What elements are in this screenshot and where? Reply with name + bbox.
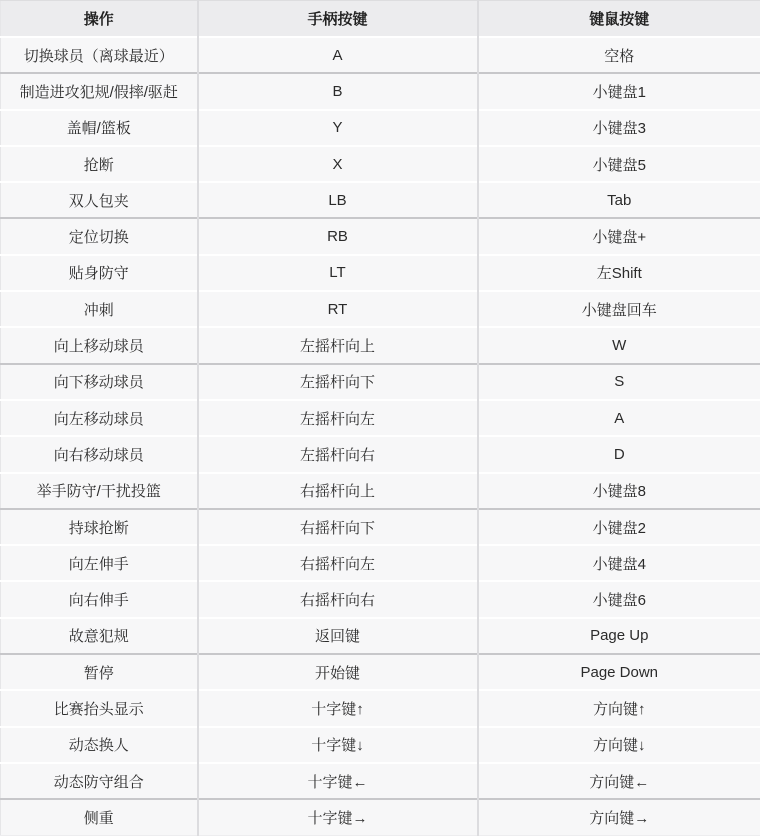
keyboard-cell: 小键盘+ xyxy=(478,218,760,254)
controls-table-body: 切换球员（离球最近）A空格制造进攻犯规/假摔/驱赶B小键盘1盖帽/篮板Y小键盘3… xyxy=(1,37,760,835)
keyboard-cell: 小键盘回车 xyxy=(478,291,760,327)
keyboard-cell: 空格 xyxy=(478,37,760,73)
table-row: 动态换人十字键↓方向键↓ xyxy=(1,727,760,763)
gamepad-cell: 返回键 xyxy=(198,618,478,654)
table-row: 向左移动球员左摇杆向左A xyxy=(1,400,760,436)
gamepad-cell: RT xyxy=(198,291,478,327)
table-row: 向右移动球员左摇杆向右D xyxy=(1,436,760,472)
keyboard-cell: Page Up xyxy=(478,618,760,654)
action-cell: 抢断 xyxy=(1,146,198,182)
gamepad-cell: 左摇杆向上 xyxy=(198,327,478,363)
gamepad-cell: 十字键← xyxy=(198,763,478,799)
action-cell: 动态换人 xyxy=(1,727,198,763)
controls-table-header: 操作 手柄按键 键鼠按键 xyxy=(1,1,760,38)
table-row: 向右伸手右摇杆向右小键盘6 xyxy=(1,581,760,617)
action-cell: 向右伸手 xyxy=(1,581,198,617)
keyboard-cell: 小键盘2 xyxy=(478,509,760,545)
keyboard-cell: W xyxy=(478,327,760,363)
action-cell: 暂停 xyxy=(1,654,198,690)
action-cell: 动态防守组合 xyxy=(1,763,198,799)
action-cell: 向右移动球员 xyxy=(1,436,198,472)
keyboard-cell: 小键盘4 xyxy=(478,545,760,581)
table-row: 切换球员（离球最近）A空格 xyxy=(1,37,760,73)
action-cell: 制造进攻犯规/假摔/驱赶 xyxy=(1,73,198,109)
table-row: 持球抢断右摇杆向下小键盘2 xyxy=(1,509,760,545)
action-cell: 向下移动球员 xyxy=(1,364,198,400)
gamepad-cell: 十字键→ xyxy=(198,799,478,835)
gamepad-cell: 右摇杆向下 xyxy=(198,509,478,545)
controls-guide-page: 操作 手柄按键 键鼠按键 切换球员（离球最近）A空格制造进攻犯规/假摔/驱赶B小… xyxy=(0,0,760,836)
gamepad-cell: X xyxy=(198,146,478,182)
gamepad-cell: LB xyxy=(198,182,478,218)
gamepad-cell: 开始键 xyxy=(198,654,478,690)
table-row: 动态防守组合十字键←方向键← xyxy=(1,763,760,799)
column-header-keyboard: 键鼠按键 xyxy=(478,1,760,38)
table-row: 向上移动球员左摇杆向上W xyxy=(1,327,760,363)
keyboard-cell: 小键盘1 xyxy=(478,73,760,109)
keyboard-cell: Page Down xyxy=(478,654,760,690)
gamepad-cell: 右摇杆向右 xyxy=(198,581,478,617)
action-cell: 向左移动球员 xyxy=(1,400,198,436)
table-row: 制造进攻犯规/假摔/驱赶B小键盘1 xyxy=(1,73,760,109)
gamepad-cell: 左摇杆向右 xyxy=(198,436,478,472)
keyboard-cell: 小键盘6 xyxy=(478,581,760,617)
action-cell: 故意犯规 xyxy=(1,618,198,654)
table-row: 贴身防守LT左Shift xyxy=(1,255,760,291)
gamepad-cell: 右摇杆向上 xyxy=(198,473,478,509)
keyboard-cell: D xyxy=(478,436,760,472)
keyboard-cell: 小键盘5 xyxy=(478,146,760,182)
keyboard-cell: 方向键↑ xyxy=(478,690,760,726)
table-row: 故意犯规返回键Page Up xyxy=(1,618,760,654)
action-cell: 侧重 xyxy=(1,799,198,835)
table-row: 抢断X小键盘5 xyxy=(1,146,760,182)
keyboard-cell: Tab xyxy=(478,182,760,218)
gamepad-cell: 右摇杆向左 xyxy=(198,545,478,581)
controls-table: 操作 手柄按键 键鼠按键 切换球员（离球最近）A空格制造进攻犯规/假摔/驱赶B小… xyxy=(0,0,760,836)
table-row: 定位切换RB小键盘+ xyxy=(1,218,760,254)
header-row: 操作 手柄按键 键鼠按键 xyxy=(1,1,760,38)
table-row: 侧重十字键→方向键→ xyxy=(1,799,760,835)
gamepad-cell: LT xyxy=(198,255,478,291)
table-row: 向左伸手右摇杆向左小键盘4 xyxy=(1,545,760,581)
keyboard-cell: 方向键↓ xyxy=(478,727,760,763)
action-cell: 向左伸手 xyxy=(1,545,198,581)
action-cell: 贴身防守 xyxy=(1,255,198,291)
gamepad-cell: 十字键↓ xyxy=(198,727,478,763)
table-row: 盖帽/篮板Y小键盘3 xyxy=(1,110,760,146)
keyboard-cell: 方向键→ xyxy=(478,799,760,835)
keyboard-cell: 左Shift xyxy=(478,255,760,291)
keyboard-cell: 小键盘3 xyxy=(478,110,760,146)
gamepad-cell: 十字键↑ xyxy=(198,690,478,726)
action-cell: 定位切换 xyxy=(1,218,198,254)
action-cell: 向上移动球员 xyxy=(1,327,198,363)
action-cell: 比赛抬头显示 xyxy=(1,690,198,726)
action-cell: 冲刺 xyxy=(1,291,198,327)
action-cell: 盖帽/篮板 xyxy=(1,110,198,146)
column-header-gamepad: 手柄按键 xyxy=(198,1,478,38)
action-cell: 持球抢断 xyxy=(1,509,198,545)
action-cell: 双人包夹 xyxy=(1,182,198,218)
gamepad-cell: A xyxy=(198,37,478,73)
table-row: 暂停开始键Page Down xyxy=(1,654,760,690)
keyboard-cell: A xyxy=(478,400,760,436)
gamepad-cell: Y xyxy=(198,110,478,146)
gamepad-cell: RB xyxy=(198,218,478,254)
keyboard-cell: S xyxy=(478,364,760,400)
table-row: 向下移动球员左摇杆向下S xyxy=(1,364,760,400)
table-row: 举手防守/干扰投篮右摇杆向上小键盘8 xyxy=(1,473,760,509)
keyboard-cell: 小键盘8 xyxy=(478,473,760,509)
keyboard-cell: 方向键← xyxy=(478,763,760,799)
table-row: 冲刺RT小键盘回车 xyxy=(1,291,760,327)
gamepad-cell: 左摇杆向左 xyxy=(198,400,478,436)
gamepad-cell: 左摇杆向下 xyxy=(198,364,478,400)
action-cell: 举手防守/干扰投篮 xyxy=(1,473,198,509)
gamepad-cell: B xyxy=(198,73,478,109)
column-header-action: 操作 xyxy=(1,1,198,38)
table-row: 比赛抬头显示十字键↑方向键↑ xyxy=(1,690,760,726)
table-row: 双人包夹LBTab xyxy=(1,182,760,218)
action-cell: 切换球员（离球最近） xyxy=(1,37,198,73)
